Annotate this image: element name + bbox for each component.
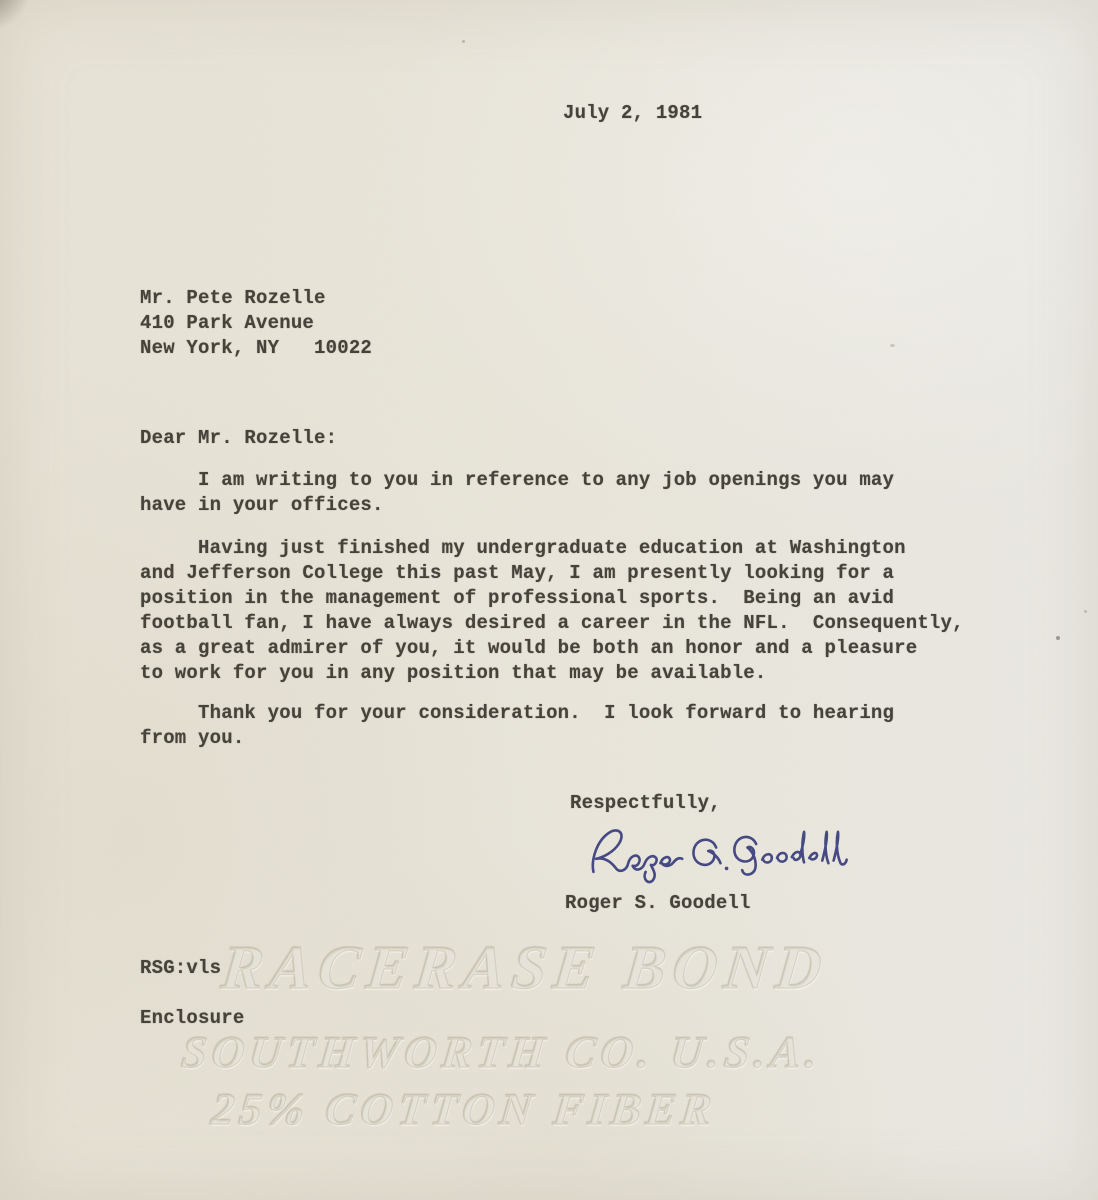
salutation: Dear Mr. Rozelle: (140, 426, 337, 451)
enclosure-notation: Enclosure (140, 1006, 244, 1031)
body-paragraph-3: Thank you for your consideration. I look… (140, 701, 1040, 751)
body-paragraph-2: Having just finished my undergraduate ed… (140, 536, 1040, 686)
signature-stroke-middle-initial (693, 840, 720, 865)
paper-watermark-cotton: 25% COTTON FIBER (209, 1083, 719, 1135)
paper-watermark-maker: SOUTHWORTH CO. U.S.A. (179, 1026, 825, 1078)
paper-speck (462, 40, 465, 43)
handwritten-signature (583, 813, 851, 889)
letter-date: July 2, 1981 (563, 101, 702, 126)
letter-page: RACERASE BOND SOUTHWORTH CO. U.S.A. 25% … (0, 0, 1098, 1200)
typed-signature-name: Roger S. Goodell (565, 891, 751, 916)
paper-speck (1084, 610, 1087, 613)
signature-stroke-goodell (734, 832, 846, 875)
paper-watermark-brand: RACERASE BOND (218, 933, 832, 1004)
paper-speck (1056, 636, 1060, 640)
signature-period-dot (725, 867, 729, 871)
recipient-address-block: Mr. Pete Rozelle 410 Park Avenue New Yor… (140, 286, 372, 361)
signature-stroke-roger (593, 830, 682, 882)
scan-corner-shadow (0, 0, 32, 32)
paper-speck (890, 344, 895, 347)
body-paragraph-1: I am writing to you in reference to any … (140, 468, 1040, 518)
reference-initials: RSG:vls (140, 956, 221, 981)
